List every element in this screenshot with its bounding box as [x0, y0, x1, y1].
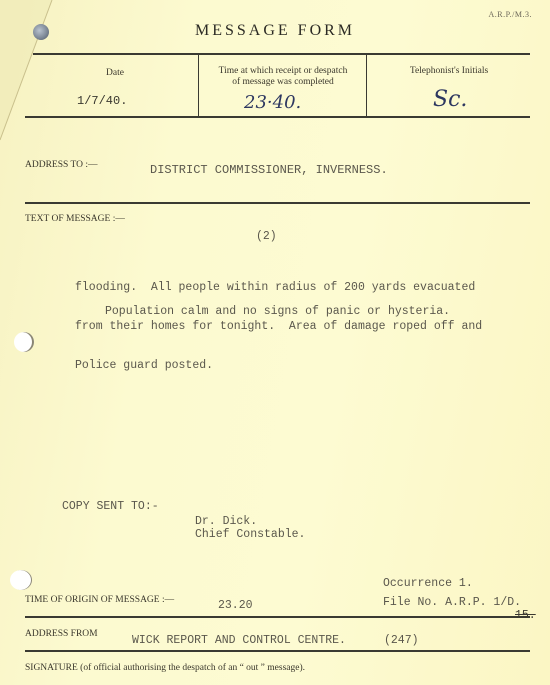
header-divider	[198, 54, 199, 116]
time-label-line2: of message was completed	[200, 77, 366, 88]
file-suffix: 15.	[515, 609, 536, 622]
message-label: TEXT OF MESSAGE :—	[25, 214, 125, 224]
address-to-label: ADDRESS TO :—	[25, 160, 98, 170]
time-of-origin-label: TIME OF ORIGIN OF MESSAGE :—	[25, 595, 174, 605]
copy-recipient: Dr. Dick.	[195, 515, 257, 528]
message-line: from their homes for tonight. Area of da…	[75, 320, 482, 333]
initials-label: Telephonist's Initials	[368, 66, 530, 77]
time-label-line1: Time at which receipt or despatch	[200, 66, 366, 77]
address-from-value: WICK REPORT AND CONTROL CENTRE.	[132, 634, 346, 647]
message-closing: Population calm and no signs of panic or…	[105, 305, 450, 318]
message-page-marker: (2)	[256, 230, 277, 243]
header-top-rule	[33, 53, 530, 55]
date-value: 1/7/40.	[77, 94, 127, 108]
message-line: Police guard posted.	[75, 359, 482, 372]
occurrence-number: Occurrence 1.	[383, 577, 473, 590]
punch-hole	[10, 570, 32, 590]
address-from-label: ADDRESS FROM	[25, 629, 98, 639]
header-divider	[366, 54, 367, 116]
time-label: Time at which receipt or despatch of mes…	[200, 66, 366, 88]
address-from-rule	[25, 650, 530, 652]
form-code: A.R.P./M.3.	[488, 10, 532, 19]
file-number: File No. A.R.P. 1/D.	[383, 596, 521, 609]
copy-sent-to-label: COPY SENT TO:-	[62, 500, 159, 513]
copy-recipient: Chief Constable.	[195, 528, 305, 541]
address-from-number: (247)	[384, 634, 419, 647]
address-to-rule	[25, 202, 530, 204]
header-bottom-rule	[25, 116, 530, 118]
message-line: flooding. All people within radius of 20…	[75, 281, 482, 294]
time-value: 23·40.	[244, 92, 301, 113]
initials-value: Sc.	[433, 87, 467, 112]
time-of-origin-value: 23.20	[218, 599, 253, 612]
message-body: flooding. All people within radius of 20…	[75, 255, 482, 385]
punch-hole	[14, 332, 34, 352]
date-label: Date	[40, 68, 190, 79]
signature-label: SIGNATURE (of official authorising the d…	[25, 663, 305, 673]
form-title: MESSAGE FORM	[0, 22, 550, 40]
time-of-origin-rule	[25, 616, 530, 618]
address-to-value: DISTRICT COMMISSIONER, INVERNESS.	[150, 163, 388, 177]
